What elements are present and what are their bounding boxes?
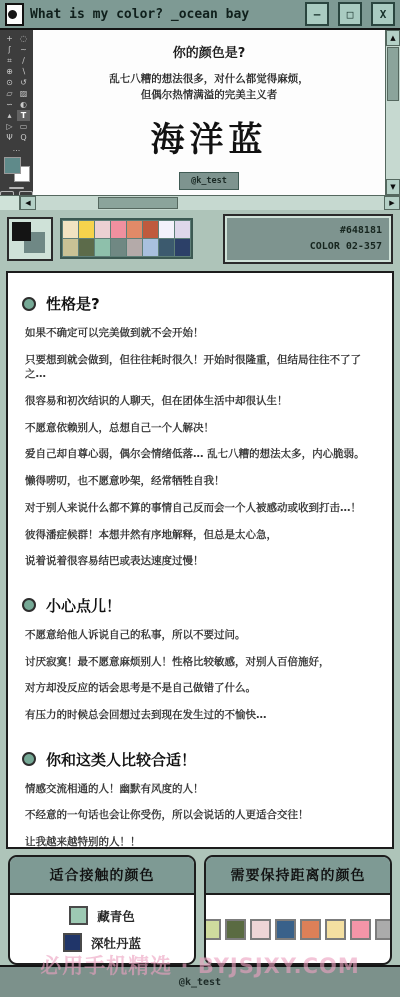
color-swatch bbox=[275, 919, 296, 940]
lasso-tool-icon[interactable]: ʃ bbox=[3, 44, 16, 55]
palette-swatch[interactable] bbox=[159, 239, 174, 256]
palette-swatch[interactable] bbox=[79, 221, 94, 238]
move-tool-icon[interactable]: + bbox=[3, 33, 16, 44]
palette-bar: #648181 COLOR 02-357 bbox=[0, 210, 400, 267]
eraser-tool-icon[interactable]: ▱ bbox=[3, 88, 16, 99]
footer-bar: @k_test bbox=[0, 965, 400, 997]
color-swatch bbox=[63, 933, 82, 952]
dodge-tool-icon[interactable]: ◐ bbox=[17, 99, 30, 110]
paragraph: 说着说着很容易结巴或表达速度过慢！ bbox=[25, 554, 378, 569]
marquee-tool-icon[interactable]: ◌ bbox=[17, 33, 30, 44]
maximize-button[interactable]: □ bbox=[338, 2, 362, 26]
palette-swatch[interactable] bbox=[127, 221, 142, 238]
palette-swatch[interactable] bbox=[175, 239, 190, 256]
paragraph: 情感交流相通的人！幽默有风度的人！ bbox=[25, 782, 378, 797]
vertical-scroll-track[interactable] bbox=[386, 102, 400, 179]
color-swatch bbox=[225, 919, 246, 940]
paragraph: 懒得唠叨，也不愿意吵架，经常牺牲自我！ bbox=[25, 474, 378, 489]
palette-swatch[interactable] bbox=[111, 221, 126, 238]
paragraph: 爱自己却自尊心弱，偶尔会情绪低落… 乱七八糟的想法太多，内心脆弱。 bbox=[25, 447, 378, 462]
paragraph: 让我越来越特别的人！！ bbox=[25, 835, 378, 849]
color-swatch bbox=[350, 919, 371, 940]
scroll-up-icon[interactable]: ▲ bbox=[386, 30, 400, 46]
compatible-colors-box: 适合接触的颜色 藏青色 深牡丹蓝 bbox=[8, 855, 196, 965]
author-badge: @k_test bbox=[179, 172, 239, 190]
paragraph: 如果不确定可以完美做到就不会开始！ bbox=[25, 326, 378, 341]
section-title: 性格是? bbox=[46, 293, 100, 314]
author-handle: @k_test bbox=[179, 977, 221, 988]
distance-colors-title: 需要保持距离的颜色 bbox=[206, 857, 390, 895]
app-icon bbox=[5, 3, 24, 26]
canvas-description-line2: 但偶尔热情满溢的完美主义者 bbox=[141, 89, 278, 101]
hand-tool-icon[interactable]: Ψ bbox=[3, 132, 16, 143]
color-swatch bbox=[204, 919, 221, 940]
history-brush-tool-icon[interactable]: ↺ bbox=[17, 77, 30, 88]
distance-colors-box: 需要保持距离的颜色 bbox=[204, 855, 392, 965]
vertical-scrollbar[interactable]: ▲ ▼ bbox=[385, 30, 400, 195]
brush-tool-icon[interactable]: ∖ bbox=[17, 66, 30, 77]
gradient-tool-icon[interactable]: ▨ bbox=[17, 88, 30, 99]
bullet-icon bbox=[22, 297, 36, 311]
section-title: 小心点儿！ bbox=[46, 595, 121, 616]
paragraph: 对于别人来说什么都不算的事情自己反而会一个人被感动或收到打击…！ bbox=[25, 501, 378, 516]
compatible-colors-title: 适合接触的颜色 bbox=[10, 857, 194, 895]
picker-foreground-swatch[interactable] bbox=[12, 222, 31, 241]
editor-area: + ◌ ʃ ~ ⌗ ∕ ⊕ ∖ ⊙ ↺ ▱ ▨ ∽ ◐ ▴ T ▷ ▭ Ψ Q … bbox=[0, 30, 400, 210]
section-title: 你和这类人比较合适！ bbox=[46, 749, 196, 770]
horizontal-scroll-track[interactable] bbox=[178, 196, 384, 210]
palette-swatch[interactable] bbox=[143, 221, 158, 238]
window-titlebar: What is my color? _ocean bay — □ X bbox=[0, 0, 400, 30]
canvas-description: 乱七八糟的想法很多，对什么都觉得麻烦， 但偶尔热情满溢的完美主义者 bbox=[109, 71, 309, 104]
palette-swatch[interactable] bbox=[111, 239, 126, 256]
color-hex-value: #648181 bbox=[340, 223, 382, 239]
scrollbar-corner bbox=[0, 196, 20, 210]
canvas-question: 你的颜色是? bbox=[173, 42, 246, 61]
result-content-panel: 性格是? 如果不确定可以完美做到就不会开始！ 只要想到就会做到，但往往耗时很久！… bbox=[6, 271, 394, 849]
palette-swatch[interactable] bbox=[95, 221, 110, 238]
crop-tool-icon[interactable]: ⌗ bbox=[3, 55, 16, 66]
color-swatch bbox=[69, 906, 88, 925]
color-swatch bbox=[375, 919, 392, 940]
section-caution: 小心点儿！ 不愿意给他人诉说自己的私事，所以不要过问。 讨厌寂寞！最不愿意麻烦别… bbox=[22, 595, 378, 723]
more-tools-icon[interactable]: ... bbox=[13, 145, 21, 153]
stamp-tool-icon[interactable]: ⊙ bbox=[3, 77, 16, 88]
palette-swatch[interactable] bbox=[79, 239, 94, 256]
canvas-description-line1: 乱七八糟的想法很多，对什么都觉得麻烦， bbox=[109, 73, 309, 85]
color-code-value: COLOR 02-357 bbox=[310, 239, 382, 255]
eyedropper-tool-icon[interactable]: ∕ bbox=[17, 55, 30, 66]
pen-tool-icon[interactable]: ▴ bbox=[3, 110, 16, 121]
color-info-panel: #648181 COLOR 02-357 bbox=[227, 218, 389, 260]
palette-swatch[interactable] bbox=[175, 221, 190, 238]
section-personality: 性格是? 如果不确定可以完美做到就不会开始！ 只要想到就会做到，但往往耗时很久！… bbox=[22, 293, 378, 569]
palette-swatch-grid bbox=[60, 218, 193, 259]
quick-mask-button[interactable] bbox=[9, 187, 24, 189]
bullet-icon bbox=[22, 598, 36, 612]
scroll-left-icon[interactable]: ◀ bbox=[20, 196, 36, 210]
paragraph: 对方却没反应的话会思考是不是自己做错了什么。 bbox=[25, 681, 378, 696]
paragraph: 不愿意依赖别人，总想自己一个人解决！ bbox=[25, 421, 378, 436]
zoom-tool-icon[interactable]: Q bbox=[17, 132, 30, 143]
foreground-color-chip[interactable] bbox=[4, 157, 21, 174]
tool-grid: + ◌ ʃ ~ ⌗ ∕ ⊕ ∖ ⊙ ↺ ▱ ▨ ∽ ◐ ▴ T ▷ ▭ Ψ Q bbox=[3, 33, 30, 143]
paragraph: 不愿意给他人诉说自己的私事，所以不要过问。 bbox=[25, 628, 378, 643]
color-swatch bbox=[300, 919, 321, 940]
path-select-tool-icon[interactable]: ▷ bbox=[3, 121, 16, 132]
palette-swatch[interactable] bbox=[63, 239, 78, 256]
close-button[interactable]: X bbox=[371, 2, 395, 26]
tool-sidebar: + ◌ ʃ ~ ⌗ ∕ ⊕ ∖ ⊙ ↺ ▱ ▨ ∽ ◐ ▴ T ▷ ▭ Ψ Q … bbox=[0, 30, 33, 195]
palette-swatch[interactable] bbox=[127, 239, 142, 256]
canvas: 你的颜色是? 乱七八糟的想法很多，对什么都觉得麻烦， 但偶尔热情满溢的完美主义者… bbox=[33, 30, 385, 195]
window-title: What is my color? _ocean bay bbox=[30, 7, 296, 22]
paragraph: 彼得潘症候群！本想井然有序地解释，但总是太心急， bbox=[25, 528, 378, 543]
bullet-icon bbox=[22, 752, 36, 766]
color-info-frame: #648181 COLOR 02-357 bbox=[223, 214, 393, 264]
section-compatible-people: 你和这类人比较合适！ 情感交流相通的人！幽默有风度的人！ 不经意的一句话也会让你… bbox=[22, 749, 378, 849]
color-chips bbox=[4, 157, 30, 182]
vertical-scroll-thumb[interactable] bbox=[387, 47, 399, 101]
color-swatch bbox=[325, 919, 346, 940]
result-color-name: 海洋蓝 bbox=[151, 112, 268, 161]
quick-select-tool-icon[interactable]: ~ bbox=[17, 44, 30, 55]
compatible-color-item: 深牡丹蓝 bbox=[63, 933, 141, 952]
horizontal-scroll-thumb[interactable] bbox=[98, 197, 178, 209]
healing-tool-icon[interactable]: ⊕ bbox=[3, 66, 16, 77]
color-swatch bbox=[250, 919, 271, 940]
paragraph: 只要想到就会做到，但往往耗时很久！开始时很隆重，但结局往往不了了之… bbox=[25, 353, 378, 382]
paragraph: 不经意的一句话也会让你受伤，所以会说话的人更适合交往！ bbox=[25, 808, 378, 823]
palette-swatch[interactable] bbox=[63, 221, 78, 238]
compatible-color-item: 藏青色 bbox=[69, 906, 135, 925]
palette-swatch[interactable] bbox=[159, 221, 174, 238]
paragraph: 有压力的时候总会回想过去到现在发生过的不愉快… bbox=[25, 708, 378, 723]
color-label: 藏青色 bbox=[97, 907, 135, 925]
distance-color-row bbox=[204, 919, 392, 940]
color-label: 深牡丹蓝 bbox=[91, 934, 141, 952]
palette-swatch[interactable] bbox=[95, 239, 110, 256]
palette-swatch[interactable] bbox=[143, 239, 158, 256]
smudge-tool-icon[interactable]: ∽ bbox=[3, 99, 16, 110]
paragraph: 很容易和初次结识的人聊天，但在团体生活中却很认生！ bbox=[25, 394, 378, 409]
horizontal-scrollbar[interactable]: ◀ ▶ bbox=[0, 195, 400, 210]
color-advice-boxes: 适合接触的颜色 藏青色 深牡丹蓝 需要保持距离的颜色 bbox=[8, 855, 392, 965]
paragraph: 讨厌寂寞！最不愿意麻烦别人！性格比较敏感，对别人百倍施好， bbox=[25, 655, 378, 670]
scroll-down-icon[interactable]: ▼ bbox=[386, 179, 400, 195]
scroll-right-icon[interactable]: ▶ bbox=[384, 196, 400, 210]
color-picker-box[interactable] bbox=[7, 217, 53, 261]
minimize-button[interactable]: — bbox=[305, 2, 329, 26]
type-tool-icon[interactable]: T bbox=[17, 110, 30, 121]
shape-tool-icon[interactable]: ▭ bbox=[17, 121, 30, 132]
